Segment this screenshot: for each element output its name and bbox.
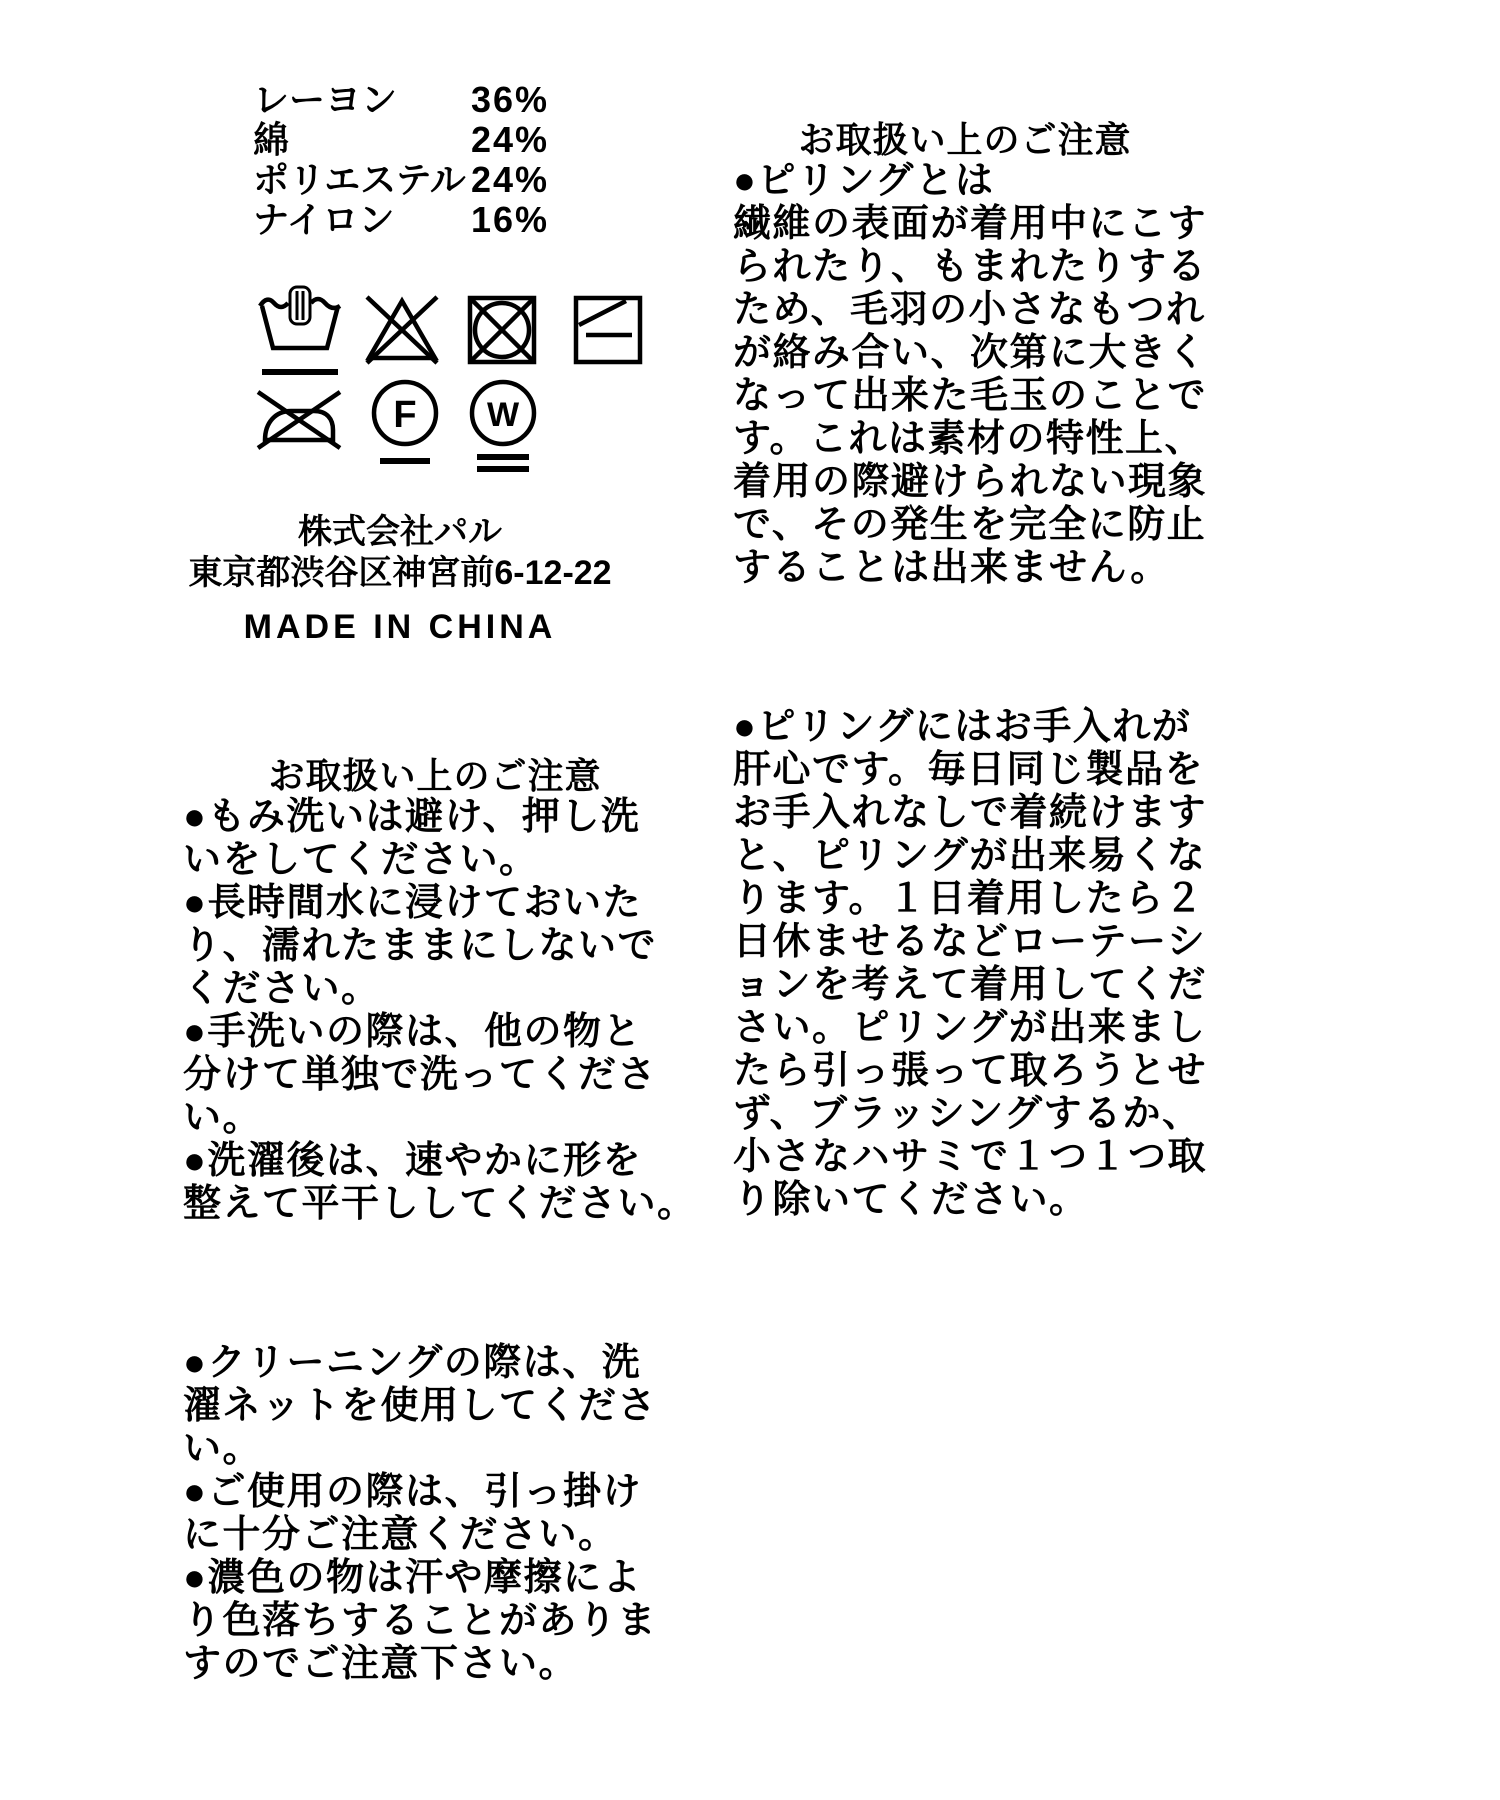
wet-clean-letter: W bbox=[487, 396, 520, 434]
fiber-composition-list: レーヨン 36% 綿 24% ポリエステル 24% ナイロン 16% bbox=[253, 80, 549, 240]
flat-dry-in-shade-icon bbox=[566, 288, 650, 372]
company-block: 株式会社パル 東京都渋谷区神宮前6-12-22 MADE IN CHINA bbox=[165, 512, 635, 648]
fiber-percent: 16% bbox=[471, 200, 549, 240]
left-care-heading: お取扱い上のご注意 bbox=[185, 748, 685, 799]
dry-clean-petroleum-icon: F bbox=[370, 378, 440, 476]
pilling-intro-text: ●ピリングとは 繊維の表面が着用中にこす られたり、もまれたりする ため、毛羽の… bbox=[733, 160, 1207, 590]
fiber-name: ナイロン bbox=[253, 200, 394, 240]
right-care-heading: お取扱い上のご注意 bbox=[735, 112, 1195, 163]
left-care-text-1: ●もみ洗いは避け、押し洗 いをしてください。 ●長時間水に浸けておいた り、濡れ… bbox=[183, 796, 697, 1226]
dry-clean-letter: F bbox=[393, 394, 416, 436]
fiber-percent: 24% bbox=[471, 160, 549, 200]
fiber-name: ポリエステル bbox=[253, 160, 466, 200]
fiber-name: 綿 bbox=[253, 120, 289, 160]
fiber-name: レーヨン bbox=[253, 80, 397, 120]
country-of-origin: MADE IN CHINA bbox=[165, 607, 635, 648]
wet-clean-gentle-icon: W bbox=[468, 378, 538, 476]
fiber-row: ポリエステル 24% bbox=[253, 160, 549, 200]
fiber-percent: 36% bbox=[471, 80, 549, 120]
do-not-tumble-dry-icon bbox=[460, 288, 544, 372]
pilling-care-text: ●ピリングにはお手入れが 肝心です。毎日同じ製品を お手入れなしで着続けます と… bbox=[733, 706, 1207, 1222]
company-address: 東京都渋谷区神宮前6-12-22 bbox=[165, 553, 635, 594]
fiber-row: レーヨン 36% bbox=[253, 80, 549, 120]
do-not-iron-icon bbox=[252, 378, 346, 466]
care-label-page: レーヨン 36% 綿 24% ポリエステル 24% ナイロン 16% bbox=[0, 0, 1500, 1800]
do-not-bleach-icon bbox=[360, 288, 444, 372]
fiber-row: ナイロン 16% bbox=[253, 200, 549, 240]
fiber-percent: 24% bbox=[471, 120, 549, 160]
left-care-text-2: ●クリーニングの際は、洗 濯ネットを使用してくださ い。 ●ご使用の際は、引っ掛… bbox=[183, 1342, 657, 1686]
handwash-icon bbox=[256, 282, 344, 380]
company-name: 株式会社パル bbox=[165, 512, 635, 553]
fiber-row: 綿 24% bbox=[253, 120, 549, 160]
